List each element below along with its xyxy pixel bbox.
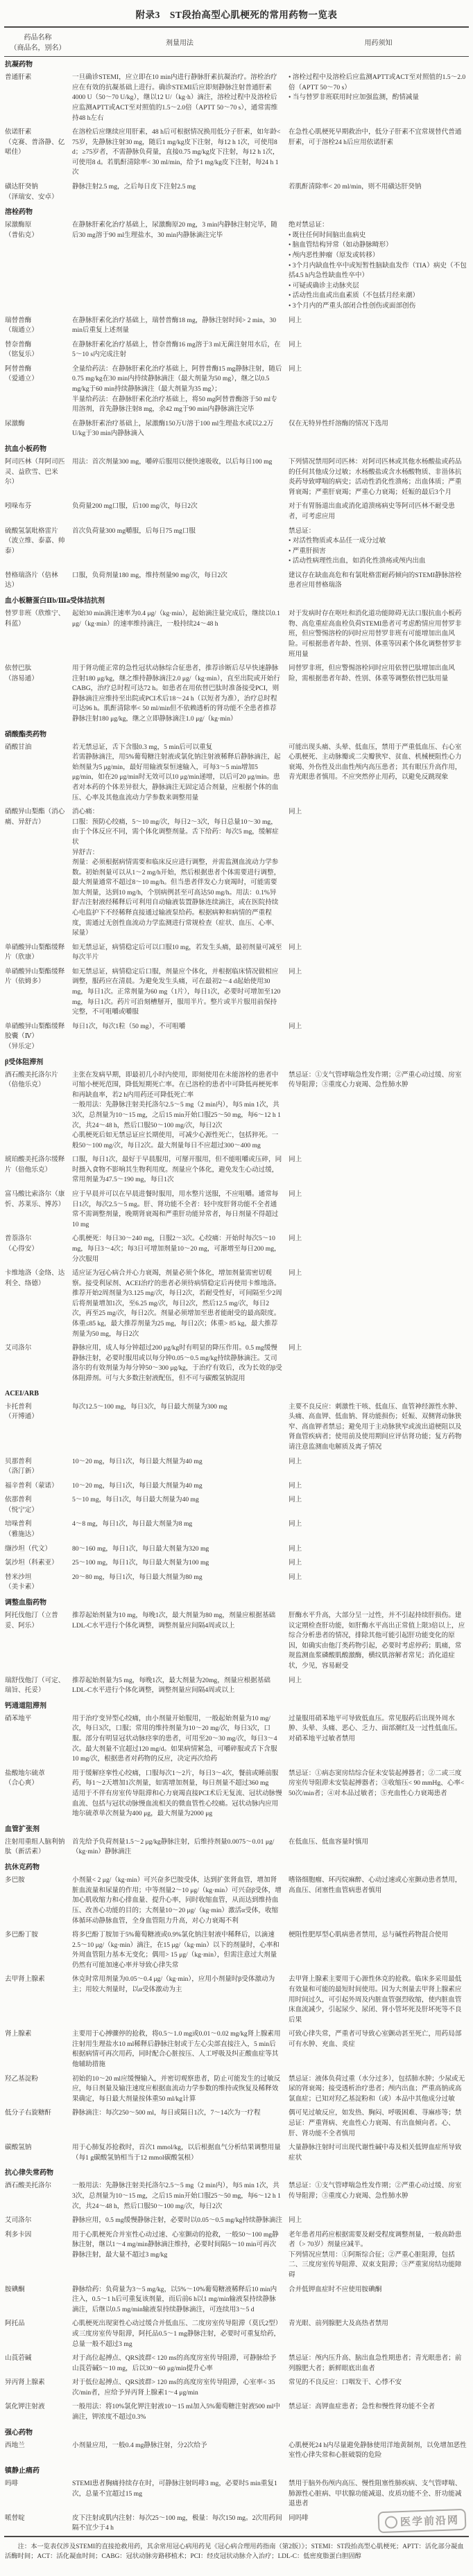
drug-dosage: 80～160 mg，每日1次，每日最大剂量为320 mg [71, 1542, 288, 1557]
drug-name: 碳酸氢钠 [4, 2141, 71, 2165]
drug-name: 西地兰 [4, 2439, 71, 2463]
section-header-row: 血小板糖蛋白Ⅱb/Ⅲa受体拮抗剂 [4, 593, 469, 607]
drug-row: 福辛普利（蒙诺）10～20 mg，每日1次，每日最大剂量为40 mg同上 [4, 1479, 469, 1494]
drug-dosage: 口服，负荷剂量180 mg，维持剂量90 mg/次，每日2次 [71, 569, 288, 593]
drug-notes: • 溶栓过程中及溶栓后应监测APTT或ACT至对照值的1.5～2.0倍（APTT… [288, 71, 469, 125]
drug-dosage: 10～20 mg，每日1次，每日最大剂量为40 mg [71, 1479, 288, 1494]
drug-dosage: 用于缓解痉挛性心绞痛，口服每次1～2片，每日3～4次，餐前或睡前服药，每1～2天… [71, 1767, 288, 1821]
drug-dosage: 口服，每日1次，最好于早晨服用，可掰开服用，但不能咀嚼或压碎，同时摄入食物不影响… [71, 1153, 288, 1188]
drug-dosage: 在静脉肝素化治疗基础上，瑞替普酶18 mg，静脉注射时间> 2 min，30 m… [71, 314, 288, 338]
section-header-row: 血管扩张剂 [4, 1821, 469, 1835]
drug-name: 山莨菪碱 [4, 2352, 71, 2376]
drug-notes: 同上 [288, 1232, 469, 1267]
drug-dosage: 静脉滴注：每次250～500 ml，每日或隔日1次，7～14次为一疗程 [71, 2106, 288, 2141]
drug-dosage: 每次12.5～100 mg，每日3次，每日最大剂量为300 mg [71, 1400, 288, 1455]
drug-row: 盐酸地尔硫䓬 （合心爽）用于缓解痉挛性心绞痛，口服每次1～2片，每日3～4次，餐… [4, 1767, 469, 1821]
drug-row: 山莨菪碱对于高位起搏点、QRS波群< 120 ms的高度房室传导阻滞，可静脉给予… [4, 2352, 469, 2376]
drug-row: 普萘洛尔 （心得安）心肌梗死：每日30～240 mg，日服2～3次。心绞痛：开始… [4, 1232, 469, 1267]
drug-dosage: 静脉注射2.5 mg，之后每日皮下注射2.5 mg [71, 180, 288, 204]
drug-name: 培哚普利 （雅施达） [4, 1517, 71, 1542]
drug-dosage: 全量给药法：在静脉肝素化治疗基础上，阿替普酶15 mg静脉注射，随后0.75 m… [71, 362, 288, 417]
drug-row: 西地兰小剂量应用，一般0.4 mg静脉注射，分2次给予心肌梗死24 h内尽量避免… [4, 2439, 469, 2463]
drug-dosage: 推荐起始剂量为5 mg，每晚1次，最大剂量为20mg，剂量应根据基础LDL-C水… [71, 1674, 288, 1698]
drug-row: 替奈普酶 （铭复乐）在静脉肝素化治疗基础上，替奈普酶16 mg溶于3 ml无菌注… [4, 338, 469, 362]
drug-notes: 嗜铬细胞瘤、环丙烷麻醉、心动过速或心室颤动患者禁用，高血压、闭塞性血管病患者慎用 [288, 1873, 469, 1928]
drug-name: 艾司洛尔 [4, 2214, 71, 2228]
drug-notes: 偶可见过敏反应，如发热、胸闷、呼吸困难、荨麻疹等；禁忌证：严重肾病、充血性心力衰… [288, 2106, 469, 2141]
section-header-row: 调整血脂药物 [4, 1595, 469, 1609]
section-title: 抗休克药物 [4, 1860, 469, 1873]
drug-dosage: 首次负荷量300 mg嚼服，后每日75 mg口服 [71, 524, 288, 569]
drug-notes: 禁忌证：高钾血症患者；急性和慢性肾功能不全者 [288, 2400, 469, 2424]
drug-dosage: 小剂量< 2 μg/（kg·min）可兴奋多巴胺受体，达到扩张肾血管，增加肾脏血… [71, 1873, 288, 1928]
drug-notes: 同上 [288, 1571, 469, 1595]
section-title: ACEI/ARB [4, 1386, 469, 1400]
column-header-drug-name: 药品名称 （商品名，别名） [4, 27, 71, 57]
drug-row: 低分子右旋糖酐静脉滴注：每次250～500 ml，每日或隔日1次，7～14次为一… [4, 2106, 469, 2141]
drug-notes: 禁忌证：①支气管哮喘急性发作期；②严重心动过缓、房室传导阻滞；③重度心力衰竭、急… [288, 2179, 469, 2214]
drug-row: 利多卡因用于心肌梗死合并室性心动过速、心室颤动的抢救，一般50～100 mg静脉… [4, 2228, 469, 2283]
drug-row: 琥珀酸美托洛尔缓释片（倍他乐克）口服，每日1次，最好于早晨服用，可掰开服用，但不… [4, 1153, 469, 1188]
drug-notes: 对于发病时存在呕吐和消化道功能障碍无法口服抗血小板药物、高危重症高血栓负荷STE… [288, 607, 469, 662]
drug-notes: 同上 [288, 2214, 469, 2228]
drug-notes: 同上 [288, 1455, 469, 1479]
drug-notes: 绝对禁忌证： • 既往任何时间脑出血病史 • 脑血管结构异常（如动静脉畸形） •… [288, 218, 469, 313]
section-title: 镇静止痛药 [4, 2463, 469, 2477]
drug-row: 替格瑞洛片（倍林达）口服，负荷剂量180 mg，维持剂量90 mg/次，每日2次… [4, 569, 469, 593]
drug-name: 依那普利 （悦宁定） [4, 1493, 71, 1517]
drug-dosage: 一般用法：先静脉注射美托洛尔2.5～5 mg（2 min内），每5 min 1次… [71, 2179, 288, 2214]
drug-name: 阿托品 [4, 2317, 71, 2352]
drug-dosage: 在静脉肝素化治疗基础上，尿激酶原20 mg，3 min内静脉注射完毕，随后30 … [71, 218, 288, 313]
drug-notes: 可能出现头痛、头晕、低血压，禁用于严重低血压、右心室心肌梗死、主动脉瓣或二尖瓣狭… [288, 741, 469, 805]
drug-dosage: 10～20 mg，每日1次，每日最大剂量为40 mg [71, 1455, 288, 1479]
drug-name: 普通肝素 [4, 71, 71, 125]
drug-notes: 禁忌证：颅内压升高、脑出血急性期患者；青光眼患者；前列腺肥大者；新鲜眼底出血者 [288, 2352, 469, 2376]
drug-row: 尿激酶原 （普佑克）在静脉肝素化治疗基础上，尿激酶原20 mg，3 min内静脉… [4, 218, 469, 313]
drug-notes: 禁忌证：液体负荷过重（水分过多），包括肺水肿；少尿或无尿的肾衰竭；接受透析治疗患… [288, 2072, 469, 2107]
drug-row: 异丙肾上腺素对于低位起搏点、QRS波群> 120 ms的高度房室传导阻滞，心室率… [4, 2376, 469, 2400]
drug-dosage: 静脉给药：负荷量为3～5 mg/kg，以5%～10%葡萄糖液稀释后10 min内… [71, 2283, 288, 2318]
drug-name: 单硝酸异山梨酯缓释片（欣康） [4, 941, 71, 965]
drug-name: 阿替普酶 （爱通立） [4, 362, 71, 417]
section-header-row: 抗凝药物 [4, 57, 469, 71]
section-title: 抗心律失常药物 [4, 2165, 469, 2179]
drug-name: 普萘洛尔 （心得安） [4, 1232, 71, 1267]
drug-notes: 同上 [288, 941, 469, 965]
drug-notes: 合并低钾血症时不应使用胺碘酮 [288, 2283, 469, 2318]
drug-row: 吗啡STEMI患者胸痛持续存在时，可静脉注射吗啡3 mg，必要时5 min重复1… [4, 2477, 469, 2512]
drug-name: 吗啡 [4, 2477, 71, 2512]
drug-name: 氯化钾注射液 [4, 2400, 71, 2424]
drug-dosage: STEMI患者胸痛持续存在时，可静脉注射吗啡3 mg，必要时5 min重复1次，… [71, 2477, 288, 2512]
drug-dosage: 静脉应用，成人每分钟超过200 μg/kg时有明显的降压作用。0.5 mg缓慢静… [71, 1341, 288, 1386]
table-header-row: 药品名称 （商品名，别名） 剂量用法 用药须知 [4, 27, 469, 57]
drug-row: 硫酸氢氯吡格雷片（波立维、泰嘉、帅泰）首次负荷量300 mg嚼服，后每日75 m… [4, 524, 469, 569]
drug-row: 磺达肝癸钠 （泽瑞安、安卓）静脉注射2.5 mg，之后每日皮下注射2.5 mg若… [4, 180, 469, 204]
drug-row: 瑞替普酶 （瑞通立）在静脉肝素化治疗基础上，瑞替普酶18 mg，静脉注射时间> … [4, 314, 469, 338]
drug-name: 尿激酶 [4, 417, 71, 441]
drug-row: 注射用重组人脑利钠肽（新活素）首先给予负荷剂量1.5～2 μg/kg静脉注射，后… [4, 1835, 469, 1860]
drug-dosage: 小剂量应用，一般0.4 mg静脉注射，分2次给予 [71, 2439, 288, 2463]
drug-dosage: 对于低位起搏点、QRS波群> 120 ms的高度房室传导阻滞，心室率< 35次/… [71, 2376, 288, 2400]
drug-name: 异丙肾上腺素 [4, 2376, 71, 2400]
drug-notes: 禁忌证：①病态窦房结综合征未安装起搏器者；②二或三度房室传导阻滞未安装起搏器者；… [288, 1767, 469, 1821]
drug-dosage: 在溶栓后应继续应用肝素，48 h后可根据情况换用低分子肝素，如年龄< 75岁，先… [71, 125, 288, 180]
drug-name: 肾上腺素 [4, 2027, 71, 2072]
drug-name: 盐酸地尔硫䓬 （合心爽） [4, 1767, 71, 1821]
drug-notes: 同上 [288, 965, 469, 1020]
drug-name: 瑞替普酶 （瑞通立） [4, 314, 71, 338]
drug-row: 普通肝素一旦确诊STEMI，应立即在10 min内进行静脉肝素抗凝治疗。溶栓治疗… [4, 71, 469, 125]
drug-dosage: 若无禁忌证，舌下含服0.3 mg，5 min后可以重复 若需静脉滴注，用5%葡萄… [71, 741, 288, 805]
drug-row: 培哚普利 （雅施达）4～8 mg，每日1次，每日最大剂量为8 mg同上 [4, 1517, 469, 1542]
drug-row: 氯化钾注射液一般用法：将10%氯化钾注射液10～15 ml加入5%葡萄糖注射液5… [4, 2400, 469, 2424]
drug-name: 硝酸异山梨酯（消心痛、异舒吉） [4, 805, 71, 941]
drug-row: 尿激酶在静脉肝素治疗基础上，尿激酶150万U溶于100 ml生理盐水或以2.2万… [4, 417, 469, 441]
section-title: 溶栓药物 [4, 204, 469, 218]
drug-row: 氯沙坦（科素亚）25～100 mg，每日1次，每日最大剂量为100 mg同上 [4, 1556, 469, 1571]
drug-name: 羟乙基淀粉 [4, 2072, 71, 2107]
drug-dosage: 对于高位起搏点、QRS波群< 120 ms的高度房室传导阻滞，可静脉给予山莨菪碱… [71, 2352, 288, 2376]
section-header-row: 溶栓药物 [4, 204, 469, 218]
drug-dosage: 一般用法：将10%氯化钾注射液10～15 ml加入5%葡萄糖注射液500 ml中… [71, 2400, 288, 2424]
section-title: 血管扩张剂 [4, 1821, 469, 1835]
drug-dosage: 首先给予负荷剂量1.5～2 μg/kg静脉注射，后维持剂量0.0075～0.01… [71, 1835, 288, 1860]
drug-notes: 对于有胃肠道出血或消化道溃疡病史等阿司匹林不耐受患者，可考虑应用 [288, 500, 469, 524]
drug-name: 尿激酶原 （普佑克） [4, 218, 71, 313]
drug-name: 硝苯地平 [4, 1712, 71, 1767]
section-header-row: 抗血小板药物 [4, 441, 469, 455]
drug-row: 卡维地洛（金络、达利全、络德）适应证为冠心病合并心力衰竭，剂量必须个体化，增加剂… [4, 1267, 469, 1341]
drug-dosage: 25～100 mg，每日1次，每日最大剂量为100 mg [71, 1556, 288, 1571]
drug-notes: 建议存在缺血高危和有氯吡格雷耐药倾向的STEMI静脉溶栓患者应用替格瑞洛 [288, 569, 469, 593]
drug-notes: 同上 [288, 1267, 469, 1341]
drug-dosage: 5～10 mg，每日1次，每日最大剂量为40 mg [71, 1493, 288, 1517]
drug-dosage: 20～80 mg，每日1次，每日最大剂量为80 mg [71, 1571, 288, 1595]
drug-notes: 同上 [288, 1479, 469, 1494]
drug-dosage: 皮下注射或肌内注射：每次25～100 mg，极量：每次150 mg。2次用药间隔… [71, 2512, 288, 2537]
section-header-row: 硝酸酯类药物 [4, 727, 469, 741]
drug-notes: 常见的不良反应：口咽发干、心悸不安 [288, 2376, 469, 2400]
drug-row: 肾上腺素主要用于心搏骤停的抢救，将0.5～1.0 mg或0.01～0.02 mg… [4, 2027, 469, 2072]
drug-dosage: 在静脉肝素治疗基础上，尿激酶150万U溶于100 ml生理盐水或以2.2万U/k… [71, 417, 288, 441]
drug-dosage: 负荷量200 mg口服，后100 mg/次，每日2次 [71, 500, 288, 524]
drug-row: 碳酸氢钠用于心肺复苏抢救时，首次1 mmol/kg，以后根据血气分析结果调整用量… [4, 2141, 469, 2165]
drug-dosage: 一旦确诊STEMI，应立即在10 min内进行静脉肝素抗凝治疗。溶栓治疗应在有效… [71, 71, 288, 125]
drug-notes: 同上 [288, 805, 469, 941]
drug-notes: 同上 [288, 1517, 469, 1542]
drug-dosage: 用于心肌梗死合并室性心动过速、心室颤动的抢救，一般50～100 mg静脉注射，继… [71, 2228, 288, 2283]
drug-name: 艾司洛尔 [4, 1341, 71, 1386]
drug-name: 硫酸氢氯吡格雷片（波立维、泰嘉、帅泰） [4, 524, 71, 569]
section-title: 抗血小板药物 [4, 441, 469, 455]
drug-row: 替米沙坦 （美卡素）20～80 mg，每日1次，每日最大剂量为80 mg同上 [4, 1571, 469, 1595]
drug-dosage: 用于心肺复苏抢救时，首次1 mmol/kg，以后根据血气分析结果调整用量（每1 … [71, 2141, 288, 2165]
drug-notes: 在低血压、低血容量时慎用 [288, 1835, 469, 1860]
drug-row: 卡托普利 （开博通）每次12.5～100 mg，每日3次，每日最大剂量为300 … [4, 1400, 469, 1455]
drug-row: 硝苯地平用于治疗变异型心绞痛，由小剂量开始服用，一般起始剂量为10 mg/次，每… [4, 1712, 469, 1767]
drug-name: 单硝酸异山梨酯缓释片（依姆多） [4, 965, 71, 1020]
drug-name: 硝酸甘油 [4, 741, 71, 805]
drug-notes: 过量服用硝苯地平可导致低血压。常见服药后出现外周水肿、头晕、头痛、恶心、乏力、面… [288, 1712, 469, 1767]
drug-notes: 主要不良反应：刺激性干咳、低血压、血管神经源性水肿、头痛、高血钾、低血钠、肾功能… [288, 1400, 469, 1455]
footnote: 注：本一览表仅涉及STEMI的直接抢救用药，其余常用冠心病用药见《冠心病合理用药… [5, 2542, 468, 2562]
drug-row: 硝酸甘油若无禁忌证，舌下含服0.3 mg，5 min后可以重复 若需静脉滴注，用… [4, 741, 469, 805]
page-title: 附录3 ST段抬高型心肌梗死的常用药物一览表 [4, 7, 469, 21]
drug-dosage: 在静脉肝素化治疗基础上，替奈普酶16 mg溶于3 ml无菌注射用水后，在5～10… [71, 338, 288, 362]
drug-row: 吲哚布芬负荷量200 mg口服，后100 mg/次，每日2次对于有胃肠道出血或消… [4, 500, 469, 524]
drug-dosage: 4～8 mg，每日1次，每日最大剂量为8 mg [71, 1517, 288, 1542]
section-title: 调整血脂药物 [4, 1595, 469, 1609]
drug-name: 去甲肾上腺素 [4, 1973, 71, 2027]
drug-dosage: 应于早晨并可以在早晨进餐时服用，用水整片送服，不应咀嚼。通常每日1次，每次2.5… [71, 1188, 288, 1232]
drug-row: 单硝酸异山梨酯缓释片（依姆多）如无禁忌证，病情稳定后口服，剂量应个体化，并根据临… [4, 965, 469, 1020]
drug-dosage: 休克时常用剂量为0.05～0.4 μg/（kg·min），应用小剂量时β受体激动… [71, 1973, 288, 2027]
drug-row: 单硝酸异山梨酯缓释胶囊（Ⅳ） （异乐定）每日1次，每次1粒（50 mg），不可咀… [4, 1020, 469, 1055]
section-title: β受体阻滞剂 [4, 1055, 469, 1068]
drug-name: 替米沙坦 （美卡素） [4, 1571, 71, 1595]
drug-name: 多巴胺 [4, 1873, 71, 1928]
drug-name: 替奈普酶 （铭复乐） [4, 338, 71, 362]
drug-row: 缬沙坦（代文）80～160 mg，每日1次，每日最大剂量为320 mg同上 [4, 1542, 469, 1557]
drug-row: 胺碘酮静脉给药：负荷量为3～5 mg/kg，以5%～10%葡萄糖液稀释后10 m… [4, 2283, 469, 2318]
drug-table-body: 抗凝药物普通肝素一旦确诊STEMI，应立即在10 min内进行静脉肝素抗凝治疗。… [4, 57, 469, 2537]
drug-name: 替罗非班（欣维宁、科蓝） [4, 607, 71, 662]
drug-notes: 同上 [288, 1493, 469, 1517]
drug-name: 富马酸比索洛尔（康忻、苏莱乐、博苏） [4, 1188, 71, 1232]
drug-row: 酒石酸美托洛尔一般用法：先静脉注射美托洛尔2.5～5 mg（2 min内），每5… [4, 2179, 469, 2214]
drug-notes: 同上 [288, 1341, 469, 1386]
drug-dosage: 适应证为冠心病合并心力衰竭，剂量必须个体化，增加剂量需密切观察。接受利尿剂、AC… [71, 1267, 288, 1341]
section-header-row: 抗休克药物 [4, 1860, 469, 1873]
drug-name: 注射用重组人脑利钠肽（新活素） [4, 1835, 71, 1860]
drug-name: 依诺肝素 （克赛、普洛静、亿喏佳） [4, 125, 71, 180]
drug-dosage: 主张在发病早期，即最初几小时内使用，即刻使用在未能溶栓的患者中可缩小梗死范围，降… [71, 1068, 288, 1154]
drug-row: 阿托伐他汀（立普妥、阿乐）推荐起始剂量为10 mg，每晚1次，最大剂量为80 m… [4, 1609, 469, 1673]
drug-notes: 仅在无特异性纤溶酶的情况下选用 [288, 417, 469, 441]
drug-row: 贝那普利 （洛汀新）10～20 mg，每日1次，每日最大剂量为40 mg同上 [4, 1455, 469, 1479]
drug-row: 多巴酚丁胺将多巴酚丁胺加于5%葡萄糖液或0.9%氯化钠注射液中稀释后，以滴速2.… [4, 1928, 469, 1973]
drug-name: 多巴酚丁胺 [4, 1928, 71, 1973]
drug-notes: 同上 [288, 1020, 469, 1055]
drug-name: 瑞舒伐他汀（可定、瑞旨、托妥） [4, 1674, 71, 1698]
drug-row: 瑞舒伐他汀（可定、瑞旨、托妥）推荐起始剂量为5 mg，每晚1次，最大剂量为20m… [4, 1674, 469, 1698]
drug-notes: 同上 [288, 314, 469, 338]
drug-name: 氯沙坦（科素亚） [4, 1556, 71, 1571]
drug-dosage: 用法：首次剂量300 mg，嚼碎后服用以便快速吸收，以后每日100 mg [71, 455, 288, 500]
drug-name: 胺碘酮 [4, 2283, 71, 2318]
drug-name: 贝那普利 （洛汀新） [4, 1455, 71, 1479]
drug-name: 利多卡因 [4, 2228, 71, 2283]
drug-notes: 同上 [288, 1542, 469, 1557]
drug-name: 卡托普利 （开博通） [4, 1400, 71, 1455]
drug-notes: 同上 [288, 1153, 469, 1188]
section-header-row: ACEI/ARB [4, 1386, 469, 1400]
drug-dosage: 静脉应用，0.5 mg缓慢静脉注射，必要时以0.05～0.5 mg/kg持续静脉… [71, 2214, 288, 2228]
section-title: 钙通道阻滞剂 [4, 1698, 469, 1712]
drug-notes: 下列情况禁用阿司匹林：对阿司匹林或其他水杨酸盐或药品的任何其他成分过敏；水杨酸盐… [288, 455, 469, 500]
drug-dosage: 每日1次，每次1粒（50 mg），不可咀嚼 [71, 1020, 288, 1055]
drug-name: 酒石酸美托洛尔片（倍他乐克） [4, 1068, 71, 1154]
drug-notes: 去甲肾上腺素主要用于心源性休克的抢救。临床多采用最低有效量和可能的最短时间使用。… [288, 1973, 469, 2027]
drug-notes: 同上 [288, 1674, 469, 1698]
drug-row: 哌替啶皮下注射或肌内注射：每次25～100 mg，极量：每次150 mg。2次用… [4, 2512, 469, 2537]
drug-row: 依那普利 （悦宁定）5～10 mg，每日1次，每日最大剂量为40 mg同上 [4, 1493, 469, 1517]
drug-notes: 同上 [288, 1188, 469, 1232]
drug-notes: 老年患者用药应根据需要及耐受程度调整剂量，一般高龄患者（> 70岁）剂量应减半。… [288, 2228, 469, 2283]
drug-name: 替格瑞洛片（倍林达） [4, 569, 71, 593]
drug-row: 单硝酸异山梨酯缓释片（欣康）如无禁忌证，病情稳定后可以口服10 mg，若发生头痛… [4, 941, 469, 965]
drug-name: 琥珀酸美托洛尔缓释片（倍他乐克） [4, 1153, 71, 1188]
drug-dosage: 主要用于心搏骤停的抢救，将0.5～1.0 mg或0.01～0.02 mg/kg肾… [71, 2027, 288, 2072]
drug-notes: 青光眼、前列腺肥大及高热者禁用 [288, 2317, 469, 2352]
drug-dosage: 用于治疗变异型心绞痛，由小剂量开始服用，一般起始剂量为10 mg/次，每日3次，… [71, 1712, 288, 1767]
section-title: 血小板糖蛋白Ⅱb/Ⅲa受体拮抗剂 [4, 593, 469, 607]
drug-row: 艾司洛尔静脉应用，0.5 mg缓慢静脉注射，必要时以0.05～0.5 mg/kg… [4, 2214, 469, 2228]
drug-name: 缬沙坦（代文） [4, 1542, 71, 1557]
drug-row: 去甲肾上腺素休克时常用剂量为0.05～0.4 μg/（kg·min），应用小剂量… [4, 1973, 469, 2027]
section-title: 硝酸酯类药物 [4, 727, 469, 741]
drug-dosage: 如无禁忌证，病情稳定后可以口服10 mg，若发生头痛，最初剂量可减至每次半片 [71, 941, 288, 965]
drug-row: 阿替普酶 （爱通立）全量给药法：在静脉肝素化治疗基础上，阿替普酶15 mg静脉注… [4, 362, 469, 417]
drug-dosage: 心肌梗死出现窦性心动过缓合并低血压、二度房室传导阻滞（莫氏2型）或三度房室传导阻… [71, 2317, 288, 2352]
document-page: 附录3 ST段抬高型心肌梗死的常用药物一览表 药品名称 （商品名，别名） 剂量用… [0, 0, 473, 2576]
drug-name: 单硝酸异山梨酯缓释胶囊（Ⅳ） （异乐定） [4, 1020, 71, 1055]
drug-dosage: 心肌梗死：每日30～240 mg，日服2～3次。心绞痛：开始时每次5～10 mg… [71, 1232, 288, 1267]
drug-row: 酒石酸美托洛尔片（倍他乐克）主张在发病早期，即最初几小时内使用，即刻使用在未能溶… [4, 1068, 469, 1154]
section-title: 强心药物 [4, 2425, 469, 2439]
drug-notes: 同上 [288, 1556, 469, 1571]
drug-row: 富马酸比索洛尔（康忻、苏莱乐、博苏）应于早晨并可以在早晨进餐时服用，用水整片送服… [4, 1188, 469, 1232]
drug-dosage: 用于肾功能正常的急性冠状动脉综合征患者，推荐诊断后尽早快速静脉注射180 μg/… [71, 662, 288, 726]
drug-name: 卡维地洛（金络、达利全、络德） [4, 1267, 71, 1341]
drug-table: 药品名称 （商品名，别名） 剂量用法 用药须知 抗凝药物普通肝素一旦确诊STEM… [4, 26, 469, 2537]
drug-name: 吲哚布芬 [4, 500, 71, 524]
section-header-row: 抗心律失常药物 [4, 2165, 469, 2179]
column-header-notes: 用药须知 [288, 27, 469, 57]
drug-name: 酒石酸美托洛尔 [4, 2179, 71, 2214]
drug-dosage: 如无禁忌证，病情稳定后口服，剂量应个体化，并根据临床情况做相应调整，服药应在清晨… [71, 965, 288, 1020]
drug-row: 依诺肝素 （克赛、普洛静、亿喏佳）在溶栓后应继续应用肝素，48 h后可根据情况换… [4, 125, 469, 180]
drug-notes: 同吗啡 [288, 2512, 469, 2537]
drug-name: 福辛普利（蒙诺） [4, 1479, 71, 1494]
drug-row: 硝酸异山梨酯（消心痛、异舒吉）消心痛： 口服：预防心绞痛，5～10 mg/次，每… [4, 805, 469, 941]
drug-row: 阿司匹林（拜阿司匹灵、益欣雪、巴米尔）用法：首次剂量300 mg，嚼碎后服用以便… [4, 455, 469, 500]
drug-row: 阿托品心肌梗死出现窦性心动过缓合并低血压、二度房室传导阻滞（莫氏2型）或三度房室… [4, 2317, 469, 2352]
drug-notes: 大量静脉注射时可出现代谢性碱中毒及相关低钾血症所导致症状 [288, 2141, 469, 2165]
column-header-dosage: 剂量用法 [71, 27, 288, 57]
drug-row: 替罗非班（欣维宁、科蓝）起始30 min滴注速率为0.4 μg/（kg·min）… [4, 607, 469, 662]
section-header-row: 镇静止痛药 [4, 2463, 469, 2477]
drug-name: 低分子右旋糖酐 [4, 2106, 71, 2141]
section-title: 抗凝药物 [4, 57, 469, 71]
drug-notes: 禁用于脑外伤颅内高压、慢性阻塞性肺疾病、支气管哮喘、肺源性心脏病、甲状腺功能减退… [288, 2477, 469, 2512]
drug-row: 羟乙基淀粉初始的10～20 ml应缓慢输入，并密切观察患者，防止可能发生的过敏反… [4, 2072, 469, 2107]
section-header-row: β受体阻滞剂 [4, 1055, 469, 1068]
drug-notes: 禁忌证： • 对活性物质或本品任一成分过敏 • 严重肝损害 • 活动性病理性出血… [288, 524, 469, 569]
drug-dosage: 初始的10～20 ml应缓慢输入，并密切观察患者，防止可能发生的过敏反应，每日剂… [71, 2072, 288, 2107]
drug-notes: 可致心律失常，严重者可导致心室颤动甚至死亡，用药局部可有水肿、充血、炎症 [288, 2027, 469, 2072]
drug-notes: 若肌酐清除率< 20 ml/min，则不用磺达肝癸钠 [288, 180, 469, 204]
drug-dosage: 消心痛： 口服：预防心绞痛，5～10 mg/次，每日2～3次，每日总量10～30… [71, 805, 288, 941]
drug-notes: 同上 [288, 362, 469, 417]
section-header-row: 强心药物 [4, 2425, 469, 2439]
drug-notes: 同替罗非班，但应警惕溶栓同时应用依替巴肽增加出血风险，需根据患者年龄、性别、体重… [288, 662, 469, 726]
drug-row: 依替巴肽 （溶易通）用于肾功能正常的急性冠状动脉综合征患者，推荐诊断后尽早快速静… [4, 662, 469, 726]
drug-name: 磺达肝癸钠 （泽瑞安、安卓） [4, 180, 71, 204]
drug-dosage: 将多巴酚丁胺加于5%葡萄糖液或0.9%氯化钠注射液中稀释后，以滴速2.5～10 … [71, 1928, 288, 1973]
drug-notes: 梗阻性肥厚型心肌病患者禁用，忌与碱性药物混合使用 [288, 1928, 469, 1973]
drug-notes: 心肌梗死24 h内尽量避免静脉使用洋地黄制剂，以免增加恶性室性心律失常和心脏破裂… [288, 2439, 469, 2463]
drug-notes: 同上 [288, 338, 469, 362]
drug-notes: 肝酶水平升高，大部分呈一过性，并不引起持续肝损伤。建议定期检查肝功能，如肝酶水平… [288, 1609, 469, 1673]
drug-name: 阿托伐他汀（立普妥、阿乐） [4, 1609, 71, 1673]
drug-row: 艾司洛尔静脉应用，成人每分钟超过200 μg/kg时有明显的降压作用。0.5 m… [4, 1341, 469, 1386]
section-header-row: 钙通道阻滞剂 [4, 1698, 469, 1712]
drug-name: 哌替啶 [4, 2512, 71, 2537]
drug-notes: 在急性心肌梗死早期救治中，低分子肝素不宜常规替代普通肝素，可于溶栓24 h后应用… [288, 125, 469, 180]
drug-notes: 禁忌证：①支气管哮喘急性发作期；②严重心动过缓、房室传导阻滞；③重度心力衰竭、急… [288, 1068, 469, 1154]
drug-dosage: 起始30 min滴注速率为0.4 μg/（kg·min），起始滴注量完成后，继续… [71, 607, 288, 662]
drug-name: 阿司匹林（拜阿司匹灵、益欣雪、巴米尔） [4, 455, 71, 500]
drug-row: 多巴胺小剂量< 2 μg/（kg·min）可兴奋多巴胺受体，达到扩张肾血管，增加… [4, 1873, 469, 1928]
drug-name: 依替巴肽 （溶易通） [4, 662, 71, 726]
drug-dosage: 推荐起始剂量为10 mg，每晚1次，最大剂量为80 mg，剂量应根据基础LDL-… [71, 1609, 288, 1673]
